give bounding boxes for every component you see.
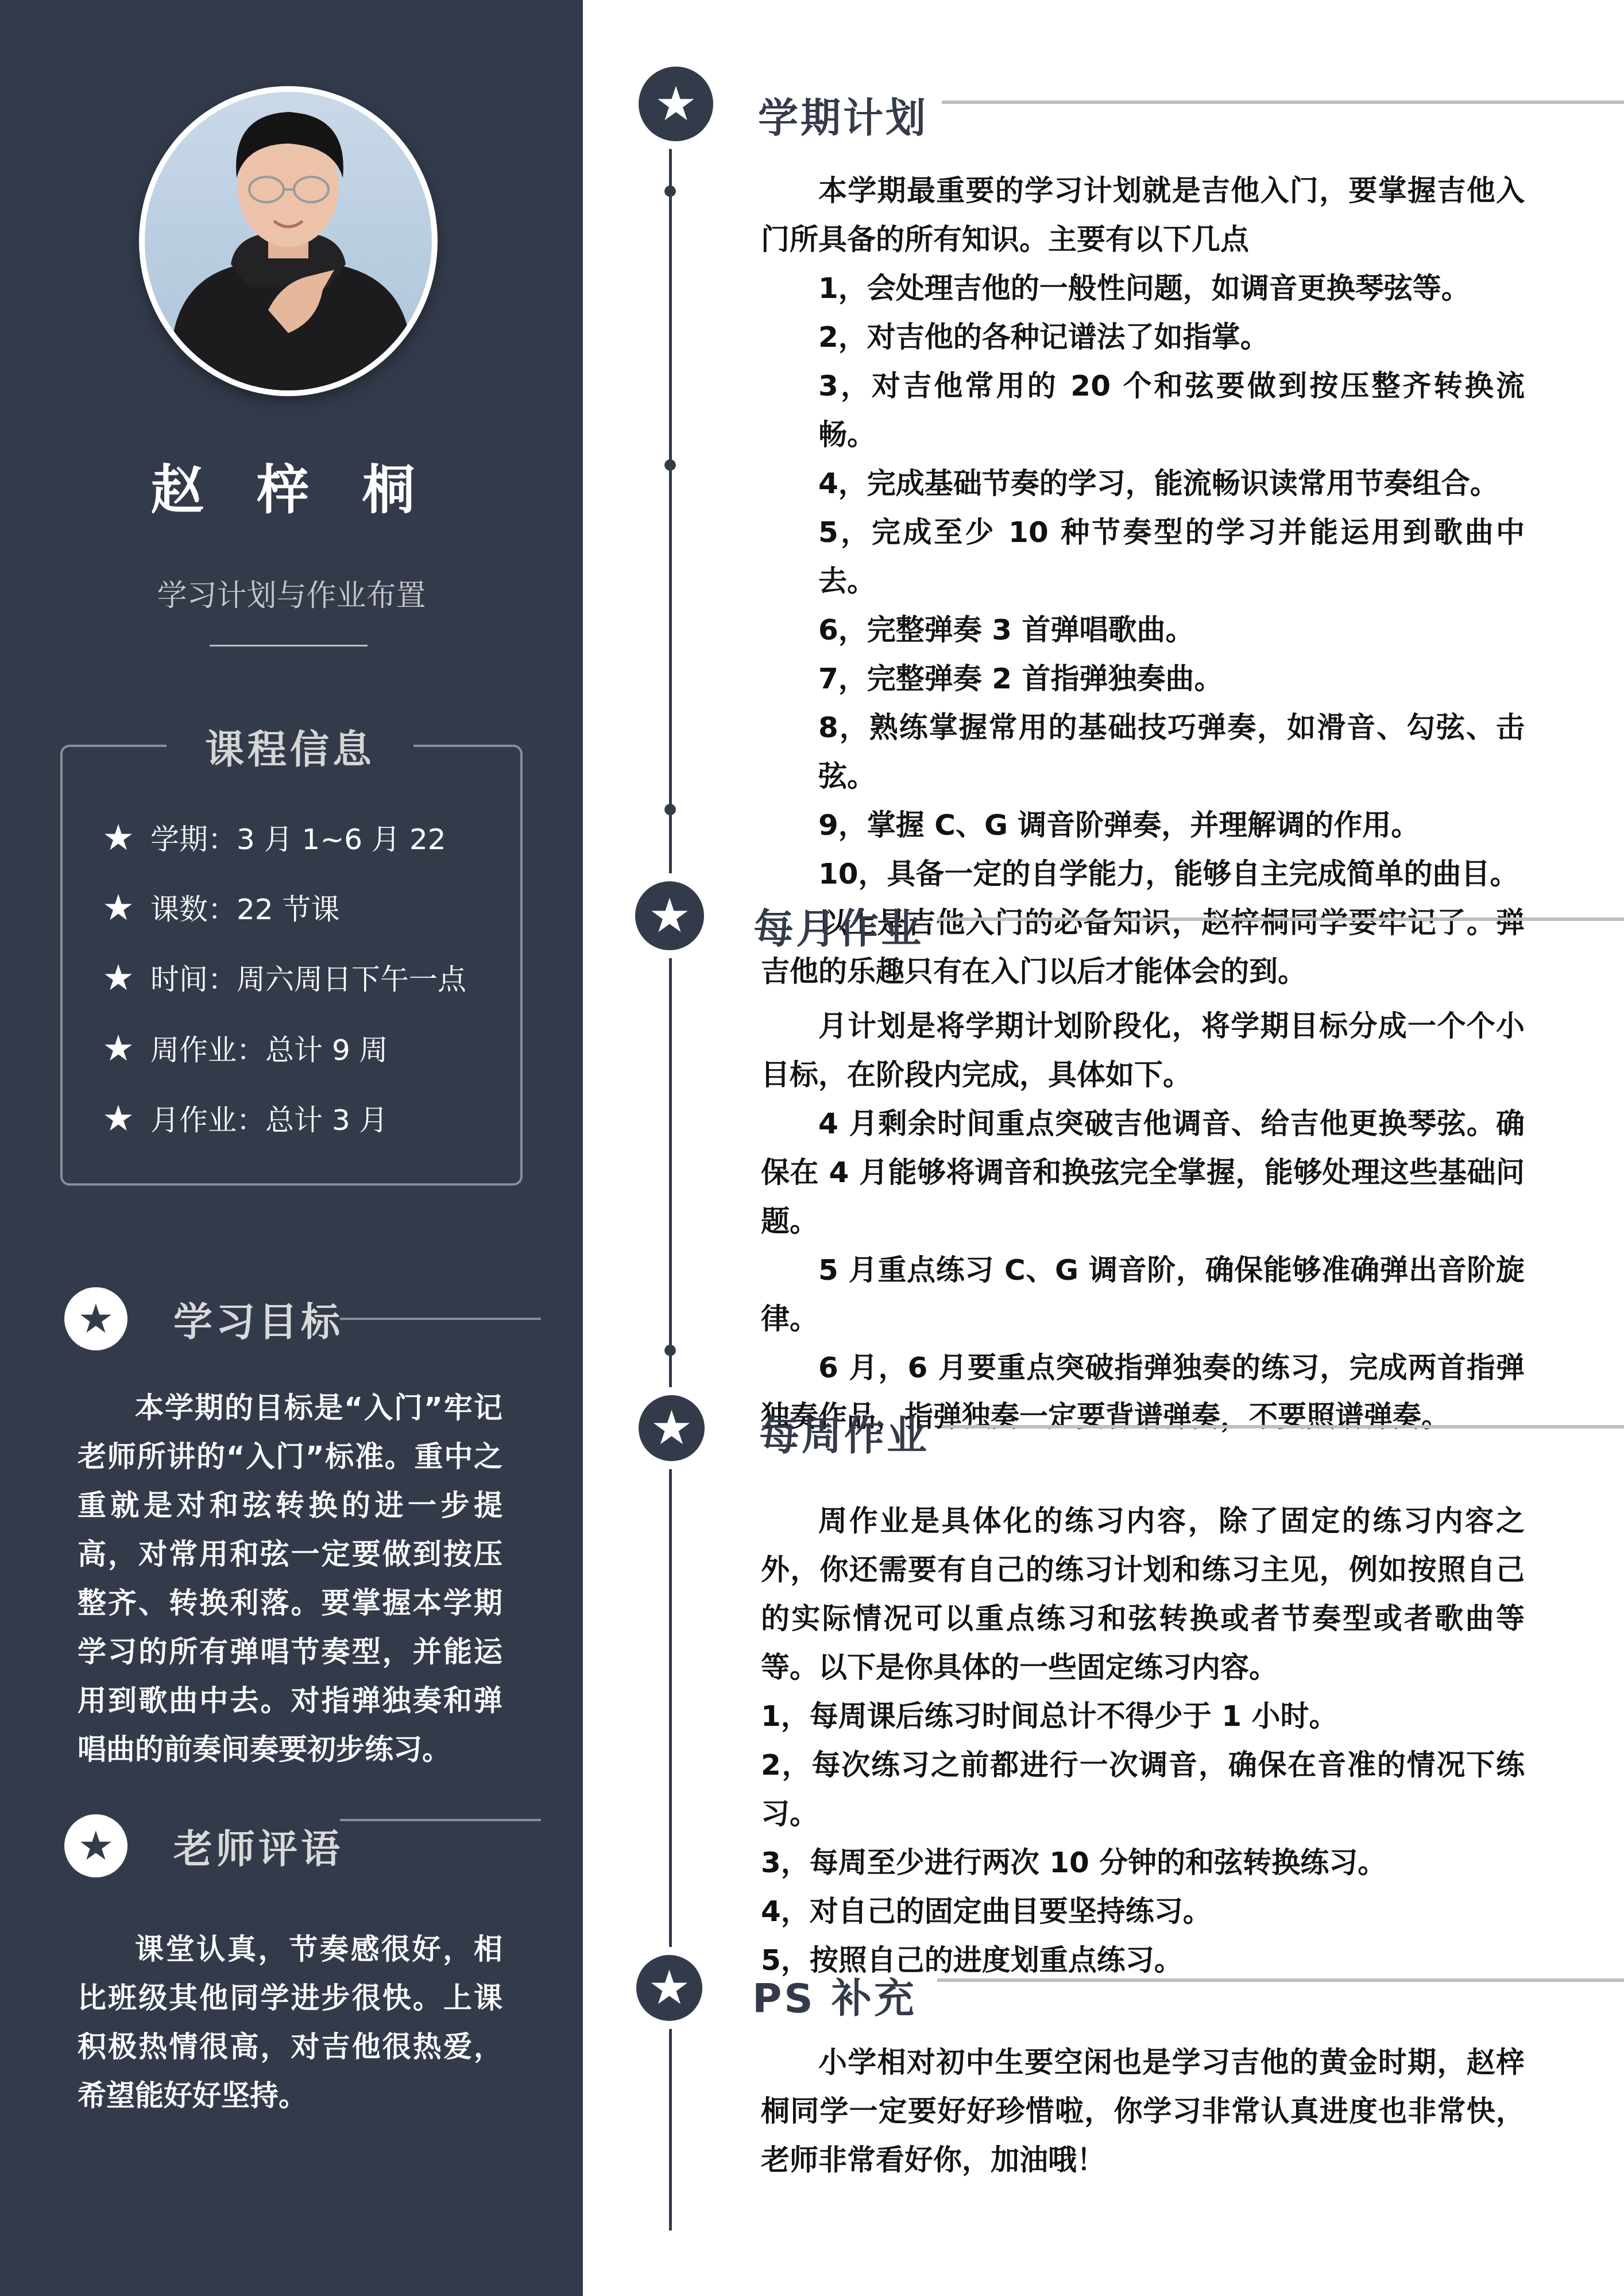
divider: [937, 917, 1624, 921]
star-icon: ★: [98, 1097, 139, 1139]
student-photo-icon: [145, 92, 432, 390]
plan-item: 3，对吉他常用的 20 个和弦要做到按压整齐转换流畅。: [761, 362, 1525, 459]
divider: [340, 1318, 541, 1320]
section-title-monthly-homework: 每月作业: [753, 897, 923, 955]
plan-item: 10，具备一定的自学能力，能够自主完成简单的曲目。: [761, 850, 1525, 899]
monthly-paragraph: 4 月剩余时间重点突破吉他调音、给吉他更换琴弦。确保在 4 月能够将调音和换弦完…: [761, 1099, 1525, 1246]
timeline-dot: [664, 459, 676, 471]
star-icon: ★: [98, 957, 139, 998]
plan-item: 9，掌握 C、G 调音阶弹奏，并理解调的作用。: [761, 801, 1525, 850]
semester-plan-body: 本学期最重要的学习计划就是吉他入门，要掌握吉他入门所具备的所有知识。主要有以下几…: [761, 167, 1525, 996]
course-item-label: 月作业：总计 3 月: [150, 1097, 388, 1139]
star-icon: ★: [64, 1287, 127, 1350]
weekly-intro: 周作业是具体化的练习内容，除了固定的练习内容之外，你还需要有自己的练习计划和练习…: [761, 1497, 1525, 1692]
divider: [942, 100, 1624, 104]
section-title-semester-plan: 学期计划: [758, 86, 928, 144]
document-subtitle: 学习计划与作业布置: [0, 571, 583, 614]
star-icon: ★: [639, 67, 713, 141]
section-title-weekly-homework: 每周作业: [759, 1404, 929, 1462]
plan-item: 2，对吉他的各种记谱法了如指掌。: [761, 313, 1525, 362]
ps-text: 小学相对初中生要空闲也是学习吉他的黄金时期，赵梓桐同学一定要好好珍惜啦，你学习非…: [761, 2038, 1525, 2185]
divider: [937, 1978, 1624, 1982]
star-icon: ★: [64, 1814, 127, 1877]
divider: [340, 1819, 541, 1821]
plan-item: 1，会处理吉他的一般性问题，如调音更换琴弦等。: [761, 264, 1525, 313]
plan-item: 4，完成基础节奏的学习，能流畅识读常用节奏组合。: [761, 459, 1525, 508]
plan-item: 5，完成至少 10 种节奏型的学习并能运用到歌曲中去。: [761, 508, 1525, 606]
course-item-label: 学期：3 月 1~6 月 22: [150, 816, 446, 858]
monthly-paragraph: 5 月重点练习 C、G 调音阶，确保能够准确弹出音阶旋律。: [761, 1246, 1525, 1343]
section-title-ps: PS 补充: [752, 1966, 917, 2024]
weekly-item: 1，每周课后练习时间总计不得少于 1 小时。: [761, 1692, 1525, 1741]
plan-item: 8，熟练掌握常用的基础技巧弹奏，如滑音、勾弦、击弦。: [761, 703, 1525, 801]
weekly-item: 2，每次练习之前都进行一次调音，确保在音准的情况下练习。: [761, 1741, 1525, 1838]
weekly-item: 3，每周至少进行两次 10 分钟的和弦转换练习。: [761, 1838, 1525, 1887]
star-icon: ★: [98, 816, 139, 858]
ps-body: 小学相对初中生要空闲也是学习吉他的黄金时期，赵梓桐同学一定要好好珍惜啦，你学习非…: [761, 2038, 1525, 2185]
section-title: 学习目标: [173, 1291, 343, 1347]
course-item-term: ★ 学期：3 月 1~6 月 22: [98, 814, 446, 860]
section-header-learning-goal: ★ 学习目标: [64, 1287, 343, 1350]
star-icon: ★: [98, 1027, 139, 1069]
divider: [210, 645, 368, 646]
star-icon: ★: [98, 886, 139, 928]
weekly-item: 4，对自己的固定曲目要坚持练习。: [761, 1887, 1525, 1936]
avatar: [145, 92, 432, 390]
section-header-teacher-comment: ★ 老师评语: [64, 1814, 343, 1877]
monthly-paragraph: 月计划是将学期计划阶段化，将学期目标分成一个个小目标，在阶段内完成，具体如下。: [761, 1002, 1525, 1099]
timeline-dot: [664, 1345, 676, 1356]
plan-item: 6，完整弹奏 3 首弹唱歌曲。: [761, 606, 1525, 655]
course-item-time: ★ 时间：周六周日下午一点: [98, 954, 466, 1000]
plan-item: 7，完整弹奏 2 首指弹独奏曲。: [761, 655, 1525, 703]
weekly-homework-body: 周作业是具体化的练习内容，除了固定的练习内容之外，你还需要有自己的练习计划和练习…: [761, 1497, 1525, 1985]
learning-goal-text: 本学期的目标是“入门”牢记老师所讲的“入门”标准。重中之重就是对和弦转换的进一步…: [78, 1384, 502, 1774]
course-info-title: 课程信息: [167, 719, 413, 775]
divider: [942, 1425, 1624, 1428]
course-item-label: 时间：周六周日下午一点: [150, 957, 466, 998]
star-icon: ★: [635, 881, 704, 950]
student-name: 赵 梓 桐: [0, 448, 583, 524]
star-icon: ★: [639, 1395, 705, 1461]
teacher-comment-text: 课堂认真，节奏感很好，相比班级其他同学进步很快。上课积极热情很高，对吉他很热爱，…: [78, 1925, 502, 2120]
timeline-dot: [664, 185, 676, 197]
course-item-monthly: ★ 月作业：总计 3 月: [98, 1095, 388, 1141]
course-item-label: 周作业：总计 9 周: [150, 1027, 388, 1068]
monthly-homework-body: 月计划是将学期计划阶段化，将学期目标分成一个个小目标，在阶段内完成，具体如下。 …: [761, 1002, 1525, 1441]
course-item-weekly: ★ 周作业：总计 9 周: [98, 1025, 388, 1071]
section-title: 老师评语: [173, 1818, 343, 1874]
semester-plan-intro: 本学期最重要的学习计划就是吉他入门，要掌握吉他入门所具备的所有知识。主要有以下几…: [761, 167, 1525, 264]
timeline-dot: [664, 804, 676, 815]
star-icon: ★: [636, 1955, 702, 2021]
course-item-lessons: ★ 课数：22 节课: [98, 884, 340, 930]
course-item-label: 课数：22 节课: [150, 886, 340, 928]
